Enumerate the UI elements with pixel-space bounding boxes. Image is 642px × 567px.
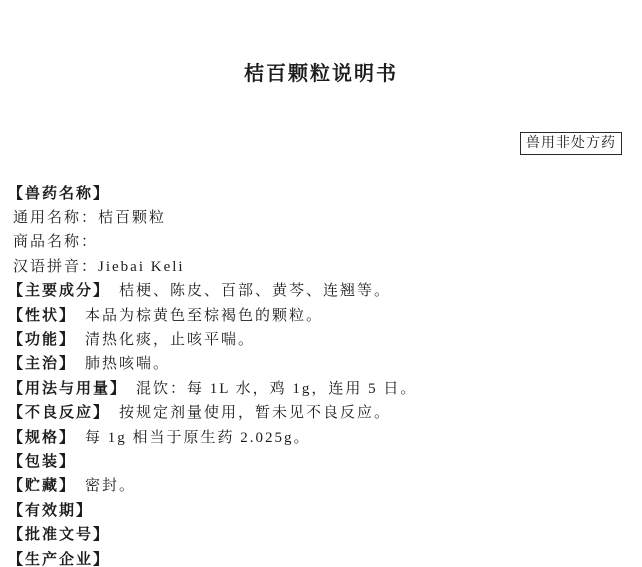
spec-line: 【功能】清热化痰，止咳平喘。 [8,326,640,350]
document-title: 桔百颗粒说明书 [0,57,642,86]
otc-badge-label: 兽用非处方药 [526,136,616,151]
field-label: 【批准文号】 [8,523,110,544]
spec-line: 【不良反应】按规定剂量使用，暂未见不良反应。 [8,400,640,424]
field-label: 【规格】 [8,426,76,447]
field-value: 每 1g 相当于原生药 2.025g。 [85,426,311,447]
spec-line: 【包装】 [8,448,640,472]
field-label: 【功能】 [8,328,76,349]
spec-line: 【兽药名称】 [8,180,640,204]
spec-list: 【兽药名称】通用名称：桔百颗粒商品名称：汉语拼音：Jiebai Keli【主要成… [8,180,640,567]
spec-line: 【主要成分】桔梗、陈皮、百部、黄芩、连翘等。 [8,278,640,302]
document-page: 桔百颗粒说明书 兽用非处方药 【兽药名称】通用名称：桔百颗粒商品名称：汉语拼音：… [0,0,642,567]
spec-line: 【贮藏】密封。 [8,473,640,497]
spec-line: 通用名称：桔百颗粒 [8,204,640,228]
spec-line: 【用法与用量】混饮：每 1L 水，鸡 1g，连用 5 日。 [8,375,640,399]
field-label: 【主要成分】 [8,279,110,300]
spec-line: 【批准文号】 [8,521,640,545]
spec-line: 汉语拼音：Jiebai Keli [8,253,640,277]
field-value: 密封。 [85,474,136,495]
field-label: 【用法与用量】 [8,377,127,398]
field-value: 混饮：每 1L 水，鸡 1g，连用 5 日。 [136,377,417,398]
spec-line: 【性状】本品为棕黄色至棕褐色的颗粒。 [8,302,640,326]
field-value: 按规定剂量使用，暂未见不良反应。 [119,401,391,422]
field-label: 【有效期】 [8,499,93,520]
spec-line: 【生产企业】 [8,546,640,567]
spec-line: 【规格】每 1g 相当于原生药 2.025g。 [8,424,640,448]
field-value: 肺热咳喘。 [85,352,170,373]
spec-line: 【有效期】 [8,497,640,521]
spec-line: 【主治】肺热咳喘。 [8,351,640,375]
field-value: 桔梗、陈皮、百部、黄芩、连翘等。 [119,279,391,300]
field-label: 【贮藏】 [8,474,76,495]
field-label: 【性状】 [8,304,76,325]
otc-badge: 兽用非处方药 [520,132,622,155]
field-label: 【兽药名称】 [8,182,110,203]
field-value: 商品名称： [13,230,98,251]
field-label: 【包装】 [8,450,76,471]
field-value: 清热化痰，止咳平喘。 [85,328,255,349]
field-value: 汉语拼音：Jiebai Keli [13,255,185,276]
spec-line: 商品名称： [8,229,640,253]
field-value: 通用名称：桔百颗粒 [13,206,166,227]
field-value: 本品为棕黄色至棕褐色的颗粒。 [85,304,323,325]
field-label: 【不良反应】 [8,401,110,422]
field-label: 【生产企业】 [8,548,110,567]
field-label: 【主治】 [8,352,76,373]
